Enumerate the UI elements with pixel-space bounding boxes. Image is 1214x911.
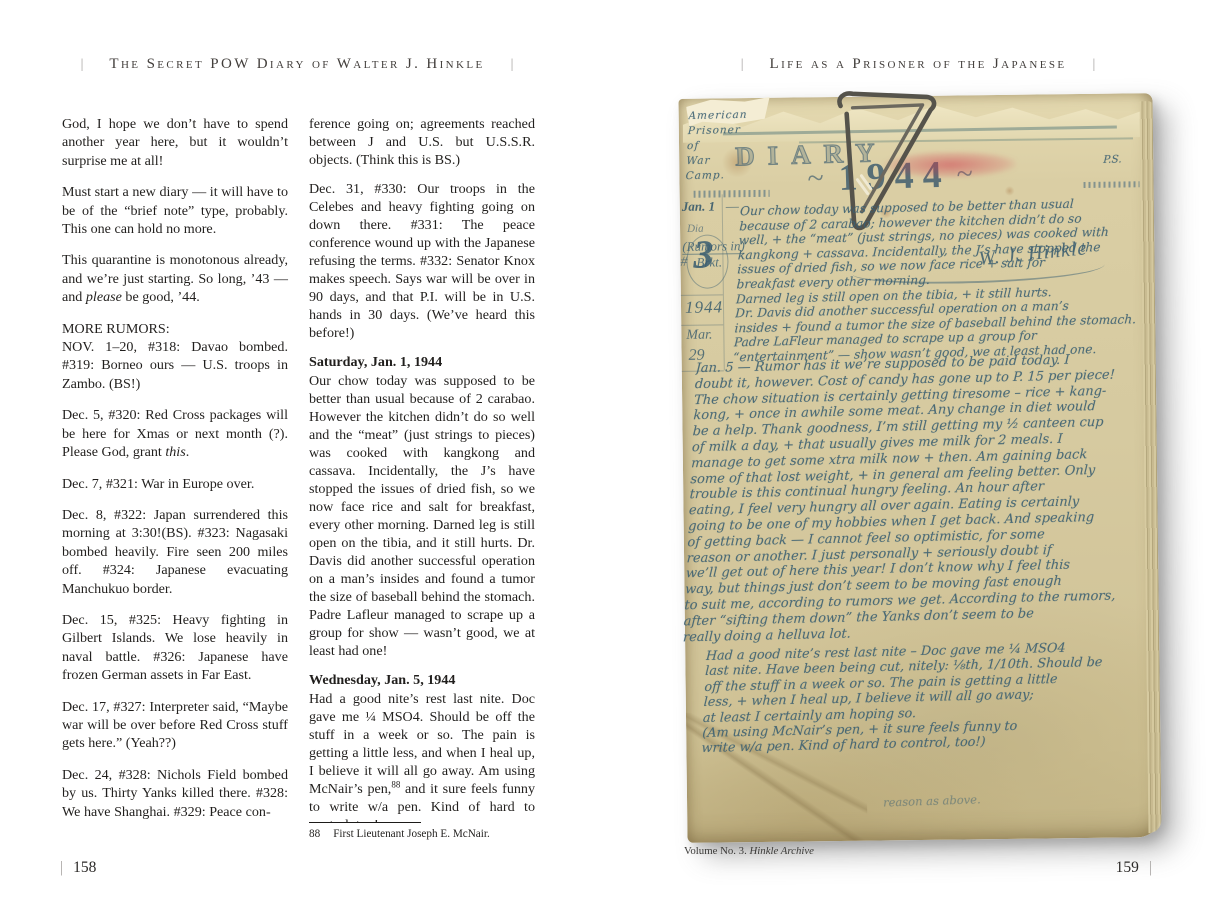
handwritten-entry-jan5-continued: Had a good nite’s rest last nite – Doc g… bbox=[701, 639, 1146, 757]
paragraph: Dec. 8, #322: Japan surrendered this mor… bbox=[62, 506, 288, 598]
page-number-right: 159 | bbox=[1116, 859, 1152, 877]
margin-date-jan1: Jan. 1 bbox=[682, 198, 715, 214]
left-column: God, I hope we don’t have to spend anoth… bbox=[62, 115, 288, 834]
header-divider: | bbox=[511, 57, 514, 73]
diary-photograph: AmericanPrisonerofWarCamp. (Rumors in) B… bbox=[678, 93, 1161, 843]
paragraph: Saturday, Jan. 1, 1944 bbox=[309, 353, 535, 371]
header-divider: | bbox=[741, 57, 744, 73]
margin-box-line bbox=[681, 324, 723, 326]
paragraph: Had a good nite’s rest last nite. Doc ga… bbox=[309, 690, 535, 834]
footnote: 88 First Lieutenant Joseph E. McNair. bbox=[309, 822, 535, 840]
handwritten-entry-jan1: Our chow today was supposed to be better… bbox=[733, 195, 1147, 365]
paragraph: Dec. 5, #320: Red Cross packages will be… bbox=[62, 406, 288, 461]
paragraph: Wednesday, Jan. 5, 1944 bbox=[309, 671, 535, 689]
header-divider: | bbox=[1092, 57, 1095, 73]
margin-dash: — bbox=[726, 198, 739, 214]
footnote-rule bbox=[309, 822, 421, 823]
right-page-title: Life as a Prisoner of the Japanese bbox=[770, 56, 1067, 73]
margin-circle bbox=[686, 234, 729, 289]
paragraph: ference going on; agreements reached bet… bbox=[309, 115, 535, 169]
margin-month: Mar. bbox=[686, 328, 712, 344]
handwritten-entry-jan5: Jan. 5 — Rumor has it we’re supposed to … bbox=[683, 351, 1159, 646]
running-head-right: | Life as a Prisoner of the Japanese | bbox=[622, 56, 1214, 73]
faint-bottom-note: reason as above. bbox=[883, 792, 981, 809]
header-divider: | bbox=[81, 57, 84, 73]
handwriting-line: Prisoner bbox=[687, 123, 747, 139]
margin-year: 1944 bbox=[685, 297, 723, 317]
paragraph: This quarantine is monotonous already, a… bbox=[62, 251, 288, 306]
paragraph: Dec. 17, #327: Interpreter said, “Maybe … bbox=[62, 698, 288, 753]
paragraph: MORE RUMORS:NOV. 1–20, #318: Davao bombe… bbox=[62, 320, 288, 394]
paragraph: Dec. 31, #330: Our troops in the Celebes… bbox=[309, 180, 535, 342]
paragraph: Dec. 7, #321: War in Europe over. bbox=[62, 475, 288, 493]
corner-note: P.S. bbox=[1103, 153, 1122, 165]
paragraph: Our chow today was supposed to be better… bbox=[309, 372, 535, 660]
footnote-number: 88 bbox=[309, 828, 320, 840]
caption-source: Hinkle Archive bbox=[750, 845, 814, 857]
left-page-title: The Secret POW Diary of Walter J. Hinkle bbox=[109, 56, 484, 73]
folio-divider: | bbox=[1149, 859, 1152, 877]
paragraph: Dec. 15, #325: Heavy fighting in Gilbert… bbox=[62, 611, 288, 685]
running-head-left: | The Secret POW Diary of Walter J. Hink… bbox=[0, 56, 594, 73]
caption-label: Volume No. 3. bbox=[684, 845, 747, 857]
right-column: ference going on; agreements reached bet… bbox=[309, 115, 535, 845]
hatched-bar bbox=[1084, 181, 1140, 188]
hatched-bar bbox=[694, 190, 770, 198]
folio-divider: | bbox=[60, 859, 63, 877]
margin-rule bbox=[722, 194, 725, 370]
paragraph: God, I hope we don’t have to spend anoth… bbox=[62, 115, 288, 170]
handwriting-line: American bbox=[688, 108, 748, 124]
margin-box-line bbox=[681, 294, 723, 296]
photo-caption: Volume No. 3. Hinkle Archive bbox=[684, 845, 814, 857]
footnote-text: First Lieutenant Joseph E. McNair. bbox=[333, 828, 490, 840]
page-number-left: | 158 bbox=[60, 859, 96, 877]
paragraph: Must start a new diary — it will have to… bbox=[62, 183, 288, 238]
paragraph: Dec. 24, #328: Nichols Field bombed by u… bbox=[62, 766, 288, 821]
